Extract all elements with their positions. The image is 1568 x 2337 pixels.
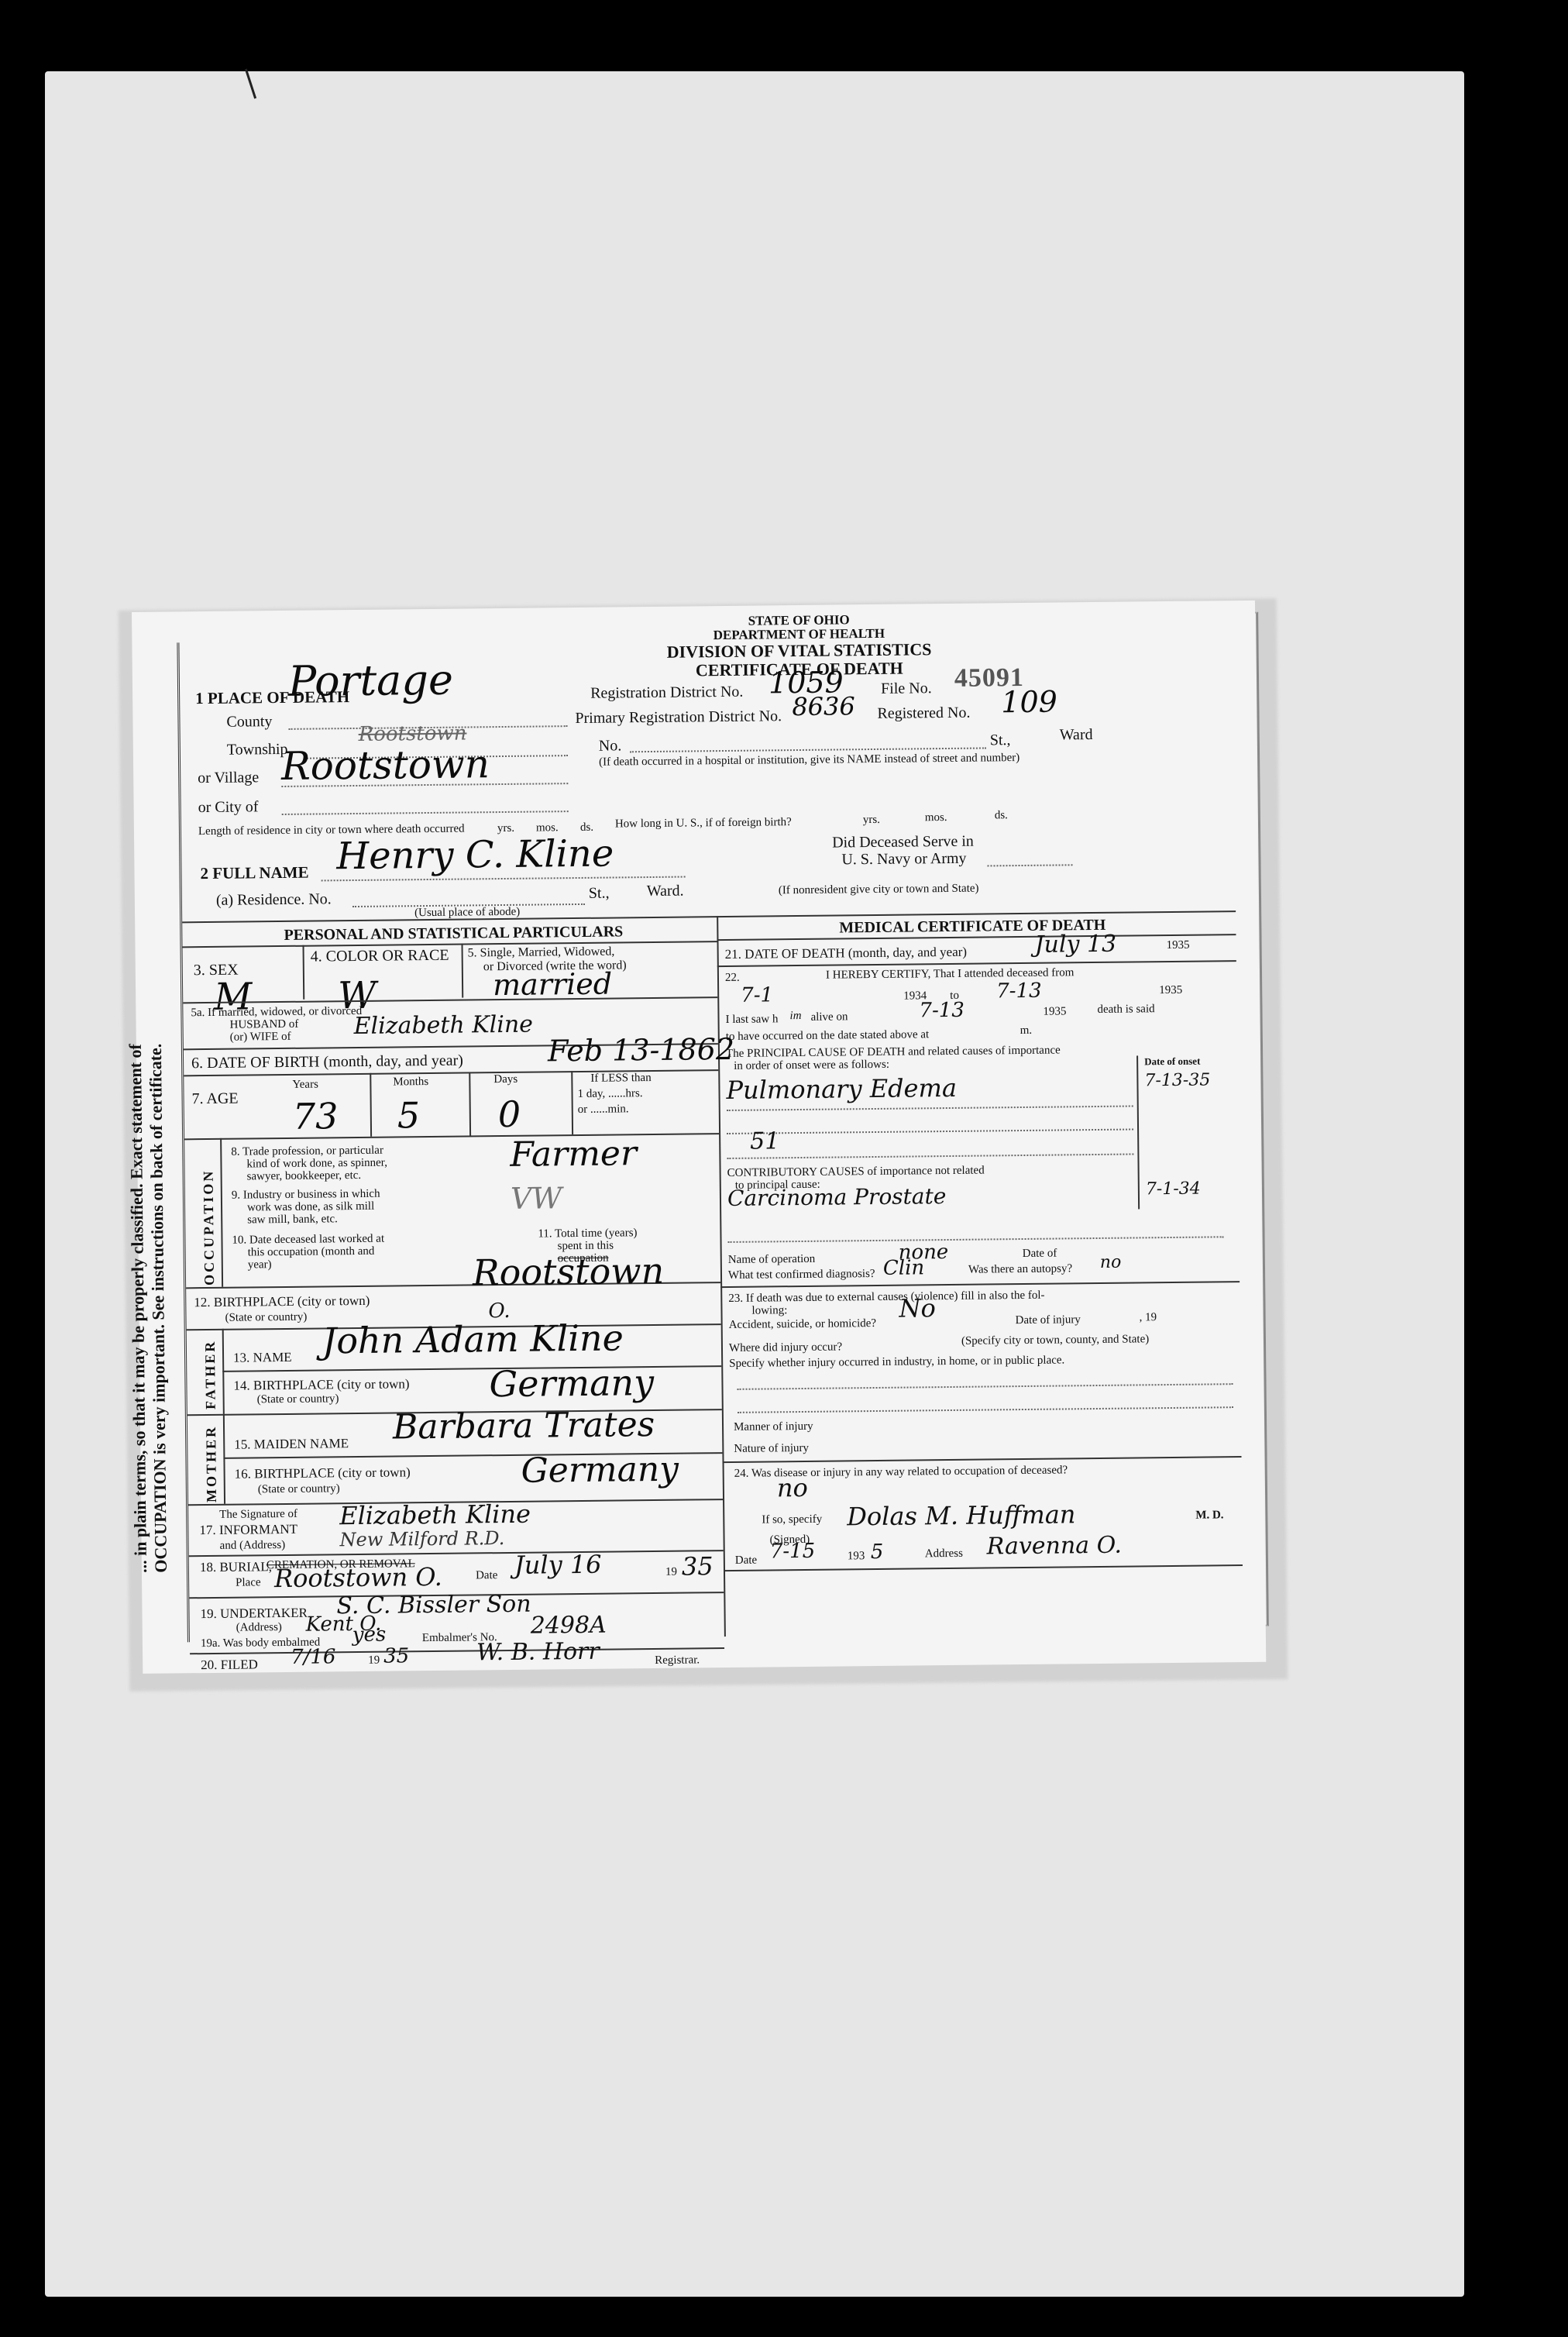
autopsy-label: Was there an autopsy?	[968, 1262, 1072, 1276]
cert-date-year-value: 5	[871, 1540, 884, 1564]
marital-value: married	[493, 967, 612, 1003]
industry-value: VW	[511, 1181, 562, 1216]
last-saw-label: I last saw h	[725, 1013, 778, 1027]
hospital-note: (If death occurred in a hospital or inst…	[599, 752, 1020, 769]
onset-divider	[1136, 1055, 1140, 1209]
father-name-value: John Adam Kline	[322, 1316, 624, 1361]
medical-rule-4	[724, 1564, 1243, 1571]
dob-label: 6. DATE OF BIRTH (month, day, and year)	[191, 1052, 463, 1073]
spouse-label-3: (or) WIFE of	[230, 1031, 291, 1045]
test-value: Clin	[883, 1256, 925, 1280]
undertaker-label: 19. UNDERTAKER	[200, 1606, 308, 1622]
days-label: Days	[493, 1073, 518, 1086]
industry-label-3: saw mill, bank, etc.	[247, 1213, 338, 1227]
father-birthplace-label-1: 14. BIRTHPLACE (city or town)	[233, 1376, 409, 1393]
birthplace-value: Rootstown	[473, 1250, 665, 1294]
cause-label-2: in order of onset were as follows:	[734, 1058, 889, 1073]
contributory-cause: Carcinoma Prostate	[727, 1183, 947, 1211]
mother-maiden-value: Barbara Trates	[393, 1405, 655, 1447]
age-divider-1	[370, 1073, 372, 1137]
burial-place-label: Place	[236, 1576, 261, 1589]
residence-label: (a) Residence. No.	[216, 890, 332, 910]
sex-divider	[303, 945, 305, 1000]
total-time-label-1: 11. Total time (years)	[538, 1227, 637, 1241]
occurred-label: to have occurred on the date stated abov…	[726, 1028, 930, 1044]
cert-address-label: Address	[925, 1547, 963, 1561]
birthplace-label-2: (State or country)	[225, 1311, 307, 1325]
served-label-2: U. S. Navy or Army	[841, 850, 966, 869]
last-worked-label-2: this occupation (month and	[248, 1245, 375, 1260]
test-label: What test confirmed diagnosis?	[728, 1268, 875, 1282]
age-years-value: 73	[293, 1095, 339, 1138]
where-note: (Specify city or town, county, and State…	[961, 1333, 1149, 1348]
father-birthplace-value: Germany	[489, 1361, 654, 1405]
external-label-2: lowing:	[751, 1304, 787, 1317]
certificate-body: STATE OF OHIO DEPARTMENT OF HEALTH DIVIS…	[177, 632, 1242, 1642]
registered-no-label: Registered No.	[877, 704, 970, 723]
cause-label-1: The PRINCIPAL CAUSE OF DEATH and related…	[726, 1044, 1061, 1061]
cert-date-value: 7-15	[770, 1540, 816, 1564]
injury-year-prefix: , 19	[1140, 1311, 1157, 1324]
medical-rule-3	[723, 1456, 1242, 1463]
specify-line-2	[738, 1406, 1233, 1413]
village-label: or Village	[198, 769, 259, 787]
residence-ward-label: Ward.	[647, 883, 684, 900]
father-name-label: 13. NAME	[233, 1350, 292, 1366]
attended-to: 7-13	[996, 979, 1042, 1003]
embalmer-value: 2498A	[531, 1612, 607, 1640]
dod-label: 21. DATE OF DEATH (month, day, and year)	[725, 945, 968, 962]
occupation-section-label: OCCUPATION	[201, 1169, 218, 1286]
filed-year-prefix: 19	[368, 1654, 380, 1668]
occurred-m: m.	[1020, 1024, 1033, 1038]
medical-rule-2	[720, 1281, 1240, 1288]
birthplace-label-1: 12. BIRTHPLACE (city or town)	[194, 1293, 370, 1310]
specify-label: Specify whether injury occurred in indus…	[729, 1354, 1064, 1371]
attended-to-year: 1935	[1159, 984, 1182, 997]
death-certificate: ... in plain terms, so that it may be pr…	[132, 601, 1266, 1674]
cause-line-3	[727, 1128, 1133, 1134]
burial-year-prefix: 19	[665, 1566, 677, 1579]
specify-line-1	[738, 1383, 1233, 1390]
address-st-label: St.,	[990, 731, 1011, 749]
burial-date-value: July 16	[514, 1550, 602, 1580]
informant-address: New Milford R.D.	[339, 1527, 504, 1551]
spouse-value: Elizabeth Kline	[353, 1011, 533, 1040]
foreign-mos: mos.	[925, 811, 947, 824]
undertaker-address-label: (Address)	[236, 1621, 282, 1635]
burial-place-value: Rootstown O.	[274, 1562, 442, 1593]
months-label: Months	[393, 1076, 428, 1089]
trade-label-3: sawyer, bookkeeper, etc.	[247, 1169, 362, 1184]
occupation-divider	[220, 1138, 223, 1287]
last-worked-label-3: year)	[248, 1258, 272, 1272]
if-so-label: If so, specify	[762, 1513, 822, 1527]
race-label: 4. COLOR OR RACE	[311, 947, 449, 966]
full-name-label: 2 FULL NAME	[200, 863, 308, 883]
mother-birthplace-label-1: 16. BIRTHPLACE (city or town)	[235, 1464, 411, 1482]
where-label: Where did injury occur?	[729, 1341, 842, 1355]
age-divider-2	[469, 1072, 471, 1135]
burial-label: 18. BURIAL,	[200, 1559, 272, 1575]
physician-signature: Dolas M. Huffman	[847, 1499, 1076, 1531]
mother-birthplace-label-2: (State or country)	[258, 1482, 340, 1496]
last-saw-pronoun: im	[789, 1010, 801, 1023]
contributory-label-1: CONTRIBUTORY CAUSES of importance not re…	[727, 1165, 985, 1180]
address-no-label: No.	[599, 737, 622, 755]
informant-value: Elizabeth Kline	[339, 1499, 531, 1531]
village-value: Rootstown	[281, 742, 490, 789]
burial-year-value: 35	[682, 1551, 714, 1581]
less-label-2: 1 day, ......hrs.	[577, 1087, 642, 1101]
residence-st-label: St.,	[589, 885, 610, 903]
foreign-ds: ds.	[995, 809, 1008, 822]
manner-label: Manner of injury	[734, 1420, 813, 1434]
foreign-yrs: yrs.	[863, 814, 880, 827]
cert-date-year-prefix: 193	[848, 1550, 865, 1563]
father-section-label: FATHER	[202, 1340, 219, 1410]
less-label-1: If LESS than	[590, 1072, 652, 1086]
burial-date-label: Date	[476, 1569, 498, 1582]
city-label: or City of	[198, 798, 259, 817]
sidebar-instruction: ... in plain terms, so that it may be pr…	[126, 1044, 171, 1573]
filed-label: 20. FILED	[201, 1657, 258, 1673]
father-birthplace-label-2: (State or country)	[257, 1392, 339, 1406]
full-name-value: Henry C. Kline	[336, 832, 614, 879]
foreign-birth-label: How long in U. S., if of foreign birth?	[615, 816, 792, 831]
marital-label-1: 5. Single, Married, Widowed,	[468, 945, 615, 960]
last-saw-year: 1935	[1043, 1005, 1066, 1018]
operation-label: Name of operation	[728, 1253, 816, 1267]
row-rule-4	[184, 1133, 719, 1140]
external-label-1: 23. If death was due to external causes …	[728, 1289, 1044, 1306]
reg-district-label: Registration District No.	[590, 683, 743, 703]
alive-on-label: alive on	[810, 1010, 848, 1024]
row-rule-1	[183, 996, 717, 1003]
cause-line-2	[727, 1105, 1133, 1110]
registered-no-value: 109	[1001, 684, 1057, 719]
last-saw-value: 7-13	[919, 999, 965, 1023]
age-label: 7. AGE	[191, 1090, 238, 1109]
onset-header: Date of onset	[1144, 1055, 1200, 1069]
filed-value: 7/16	[291, 1645, 336, 1669]
principal-onset: 7-13-35	[1144, 1070, 1210, 1090]
years-label: Years	[292, 1079, 318, 1092]
less-label-3: or ......min.	[578, 1103, 629, 1117]
accident-value: No	[899, 1293, 936, 1323]
informant-label-2: 17. INFORMANT	[199, 1522, 297, 1538]
operation-date-label: Date of	[1023, 1248, 1057, 1261]
death-said-label: death is said	[1097, 1003, 1154, 1017]
primary-district-label: Primary Registration District No.	[575, 707, 782, 728]
dob-value: Feb 13-1862	[548, 1032, 735, 1069]
cert-address-value: Ravenna O.	[987, 1532, 1123, 1561]
informant-label-1: The Signature of	[219, 1508, 297, 1522]
dod-value: July 13	[1034, 931, 1116, 959]
age-days-value: 0	[498, 1093, 521, 1135]
cause-line-4	[727, 1153, 1133, 1158]
race-divider	[462, 944, 464, 998]
contributory-line-2	[728, 1236, 1224, 1243]
nonresident-note: (If nonresident give city or town and St…	[779, 883, 979, 898]
file-no-label: File No.	[881, 680, 932, 698]
attended-from: 7-1	[741, 983, 773, 1007]
county-label: County	[226, 713, 272, 731]
accident-label: Accident, suicide, or homicide?	[729, 1317, 877, 1332]
served-line	[987, 864, 1072, 866]
mother-maiden-label: 15. MAIDEN NAME	[234, 1436, 349, 1453]
registrar-signature: W. B. Horr	[476, 1638, 600, 1667]
county-value: Portage	[288, 656, 454, 706]
age-months-value: 5	[397, 1094, 421, 1136]
principal-cause: Pulmonary Edema	[726, 1073, 957, 1105]
dod-year: 1935	[1166, 939, 1189, 952]
address-ward-label: Ward	[1060, 726, 1093, 744]
mother-birthplace-value: Germany	[521, 1450, 679, 1491]
registrar-label: Registrar.	[655, 1654, 700, 1668]
embalmed-value: yes	[352, 1623, 387, 1647]
served-label-1: Did Deceased Serve in	[832, 833, 974, 852]
filed-year-value: 35	[383, 1644, 409, 1668]
primary-district-value: 8636	[792, 691, 855, 721]
autopsy-value: no	[1100, 1253, 1122, 1272]
divider-middle	[717, 916, 726, 1637]
certify-number: 22.	[725, 972, 740, 985]
cert-date-label: Date	[735, 1554, 758, 1568]
informant-label-3: and (Address)	[220, 1539, 286, 1553]
md-label: M. D.	[1195, 1509, 1223, 1522]
cause-code-mark: 51	[750, 1127, 780, 1155]
contributory-onset: 7-1-34	[1146, 1179, 1201, 1199]
nature-label: Nature of injury	[734, 1442, 809, 1456]
mother-section-label: MOTHER	[203, 1425, 220, 1502]
injury-date-label: Date of injury	[1016, 1313, 1081, 1327]
trade-value: Farmer	[510, 1134, 637, 1175]
township-label: Township	[227, 741, 288, 759]
related-value: no	[777, 1473, 808, 1502]
age-divider-3	[571, 1071, 573, 1134]
city-line	[282, 811, 569, 815]
